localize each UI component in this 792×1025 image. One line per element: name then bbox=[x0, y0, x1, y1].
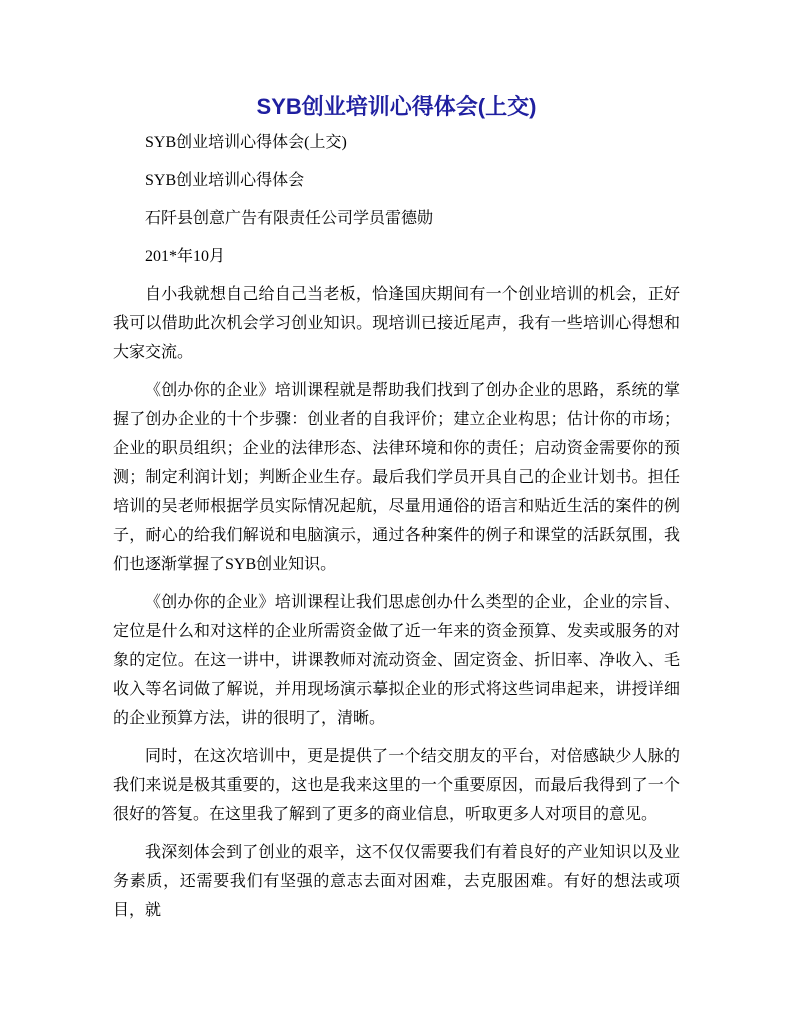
paragraph-3: 《创办你的企业》培训课程让我们思虑创办什么类型的企业，企业的宗旨、定位是什么和对… bbox=[113, 588, 680, 733]
document-page: SYB创业培训心得体会(上交) SYB创业培训心得体会(上交) SYB创业培训心… bbox=[0, 0, 792, 1025]
paragraph-5-truncated: 我深刻体会到了创业的艰辛，这不仅仅需要我们有着良好的产业知识以及业务素质，还需要… bbox=[113, 838, 680, 925]
paragraph-1: 自小我就想自己给自己当老板，恰逢国庆期间有一个创业培训的机会，正好我可以借助此次… bbox=[113, 280, 680, 367]
page-title: SYB创业培训心得体会(上交) bbox=[113, 92, 680, 122]
subtitle-line-1: SYB创业培训心得体会(上交) bbox=[113, 128, 680, 157]
author-line: 石阡县创意广告有限责任公司学员雷德勋 bbox=[113, 204, 680, 233]
date-line: 201*年10月 bbox=[113, 242, 680, 271]
paragraph-4: 同时，在这次培训中，更是提供了一个结交朋友的平台，对倍感缺少人脉的我们来说是极其… bbox=[113, 742, 680, 829]
paragraph-2: 《创办你的企业》培训课程就是帮助我们找到了创办企业的思路，系统的掌握了创办企业的… bbox=[113, 376, 680, 579]
subtitle-line-2: SYB创业培训心得体会 bbox=[113, 166, 680, 195]
